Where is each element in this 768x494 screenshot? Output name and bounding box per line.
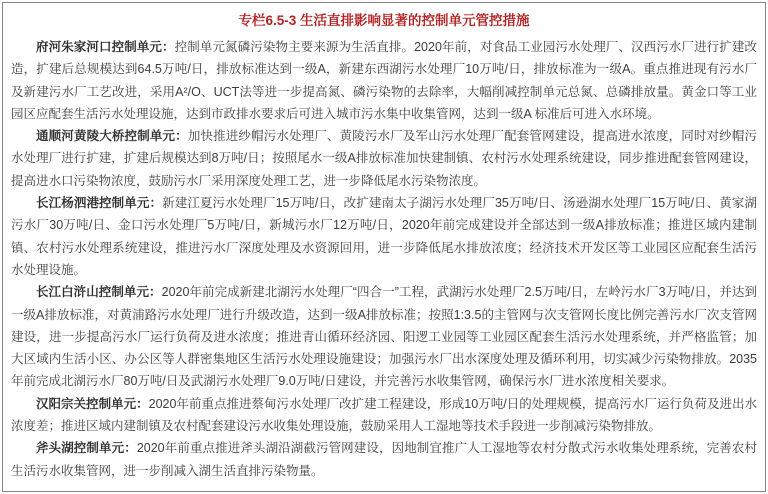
unit-name-fuhe-zhujiahekou: 府河朱家河口控制单元： xyxy=(36,40,175,54)
unit-name-changjiang-yangsigang: 长江杨泗港控制单元： xyxy=(36,196,162,210)
box-title: 专栏6.5-3 生活直排影响显著的控制单元管控措施 xyxy=(11,8,757,34)
unit-name-tongshunhe-huangling: 通顺河黄陵大桥控制单元： xyxy=(36,129,188,143)
policy-callout-box: 专栏6.5-3 生活直排影响显著的控制单元管控措施 府河朱家河口控制单元：控制单… xyxy=(2,2,766,492)
paragraph-changjiang-baihushan: 长江白浒山控制单元：2020年前完成新建北湖污水处理厂“四合一”工程，武湖污水处… xyxy=(11,281,757,392)
paragraph-fuhe-zhujiahekou: 府河朱家河口控制单元：控制单元氮磷污染物主要来源为生活直排。2020年前，对食品… xyxy=(11,36,757,125)
unit-name-hanyang-zongguan: 汉阳宗关控制单元： xyxy=(36,397,149,411)
paragraph-futouhu: 斧头湖控制单元：2020年前重点推进斧头湖沿湖截污管网建设，因地制宜推广人工湿地… xyxy=(11,437,757,482)
paragraph-changjiang-yangsigang: 长江杨泗港控制单元：新建江夏污水处理厂15万吨/日，改扩建南太子湖污水处理厂35… xyxy=(11,192,757,281)
unit-measures-changjiang-baihushan: 2020年前完成新建北湖污水处理厂“四合一”工程，武湖污水处理厂2.5万吨/日，… xyxy=(11,285,757,388)
unit-name-changjiang-baihushan: 长江白浒山控制单元： xyxy=(36,285,162,299)
unit-name-futouhu: 斧头湖控制单元： xyxy=(36,441,137,455)
paragraph-tongshunhe-huangling: 通顺河黄陵大桥控制单元：加快推进纱帽污水处理厂、黄陵污水厂及军山污水处理厂配套管… xyxy=(11,125,757,192)
paragraph-hanyang-zongguan: 汉阳宗关控制单元：2020年前重点推进蔡甸污水处理厂改扩建工程建设，形成10万吨… xyxy=(11,393,757,438)
